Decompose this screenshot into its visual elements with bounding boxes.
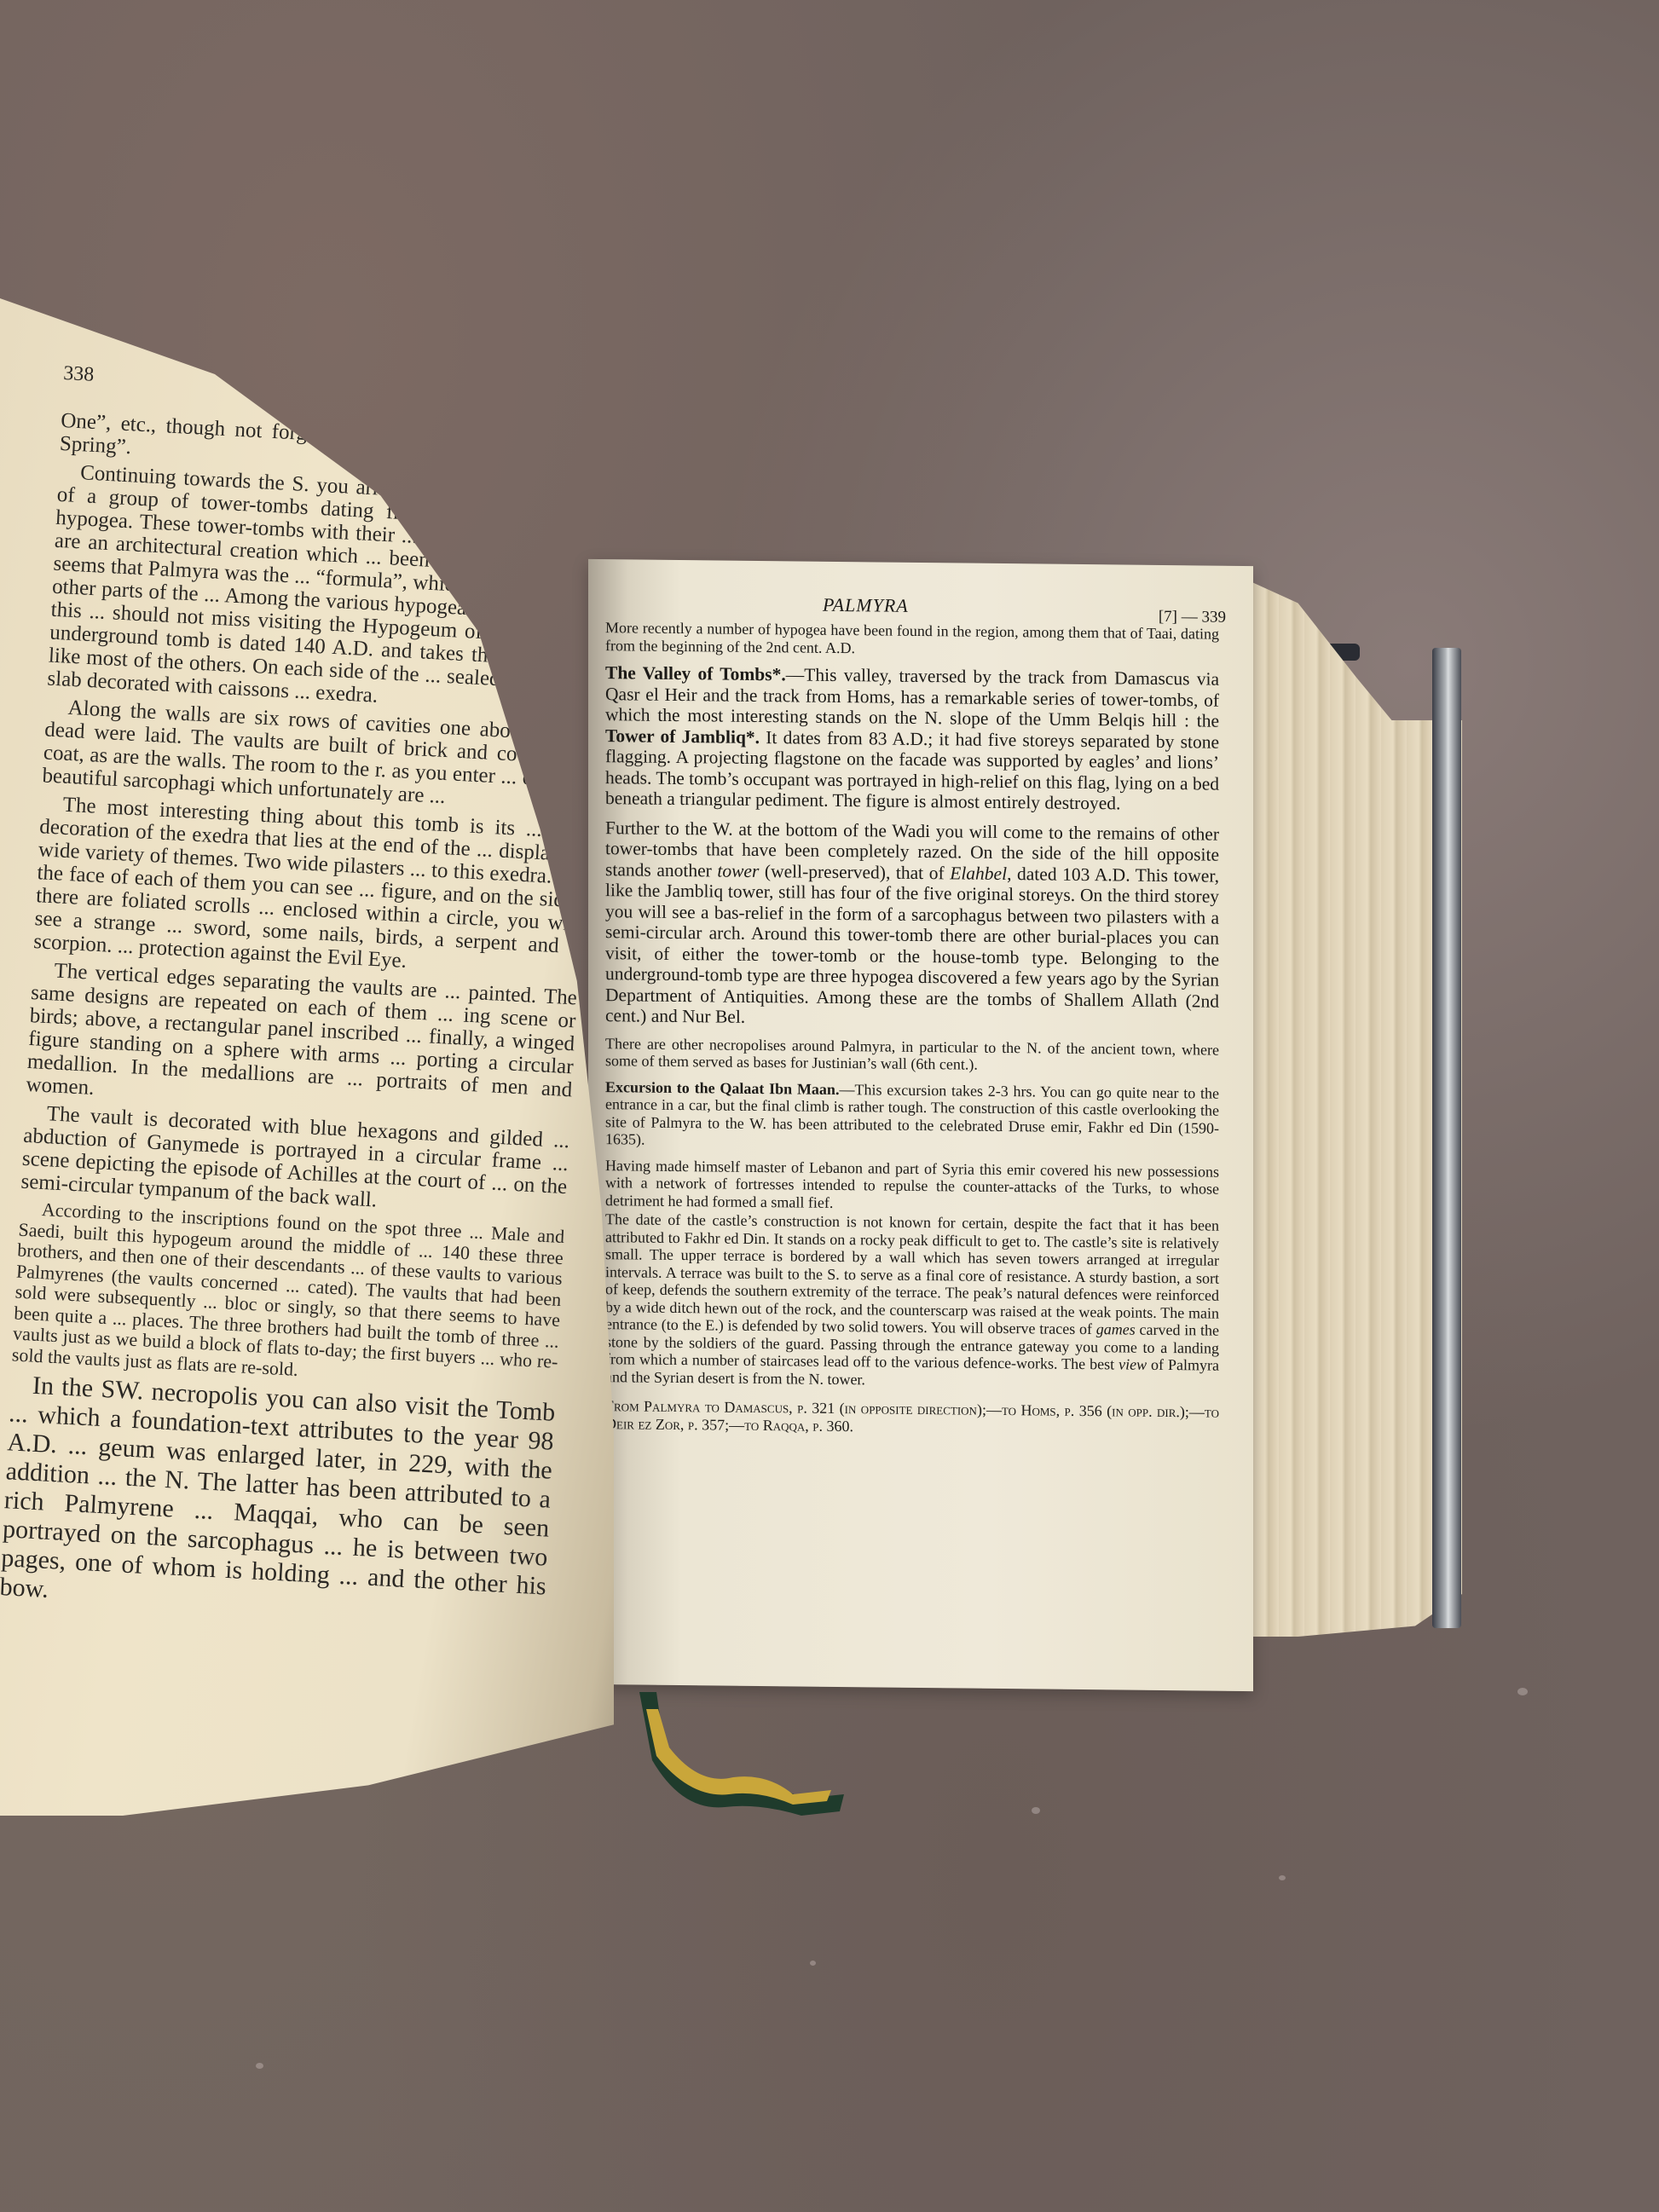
surface-speck (1517, 1688, 1528, 1695)
page-number: [7] — 339 (1159, 608, 1226, 627)
paragraph: The vertical edges separating the vaults… (26, 958, 578, 1124)
right-page: PALMYRA [7] — 339 More recently a number… (588, 559, 1253, 1691)
paragraph-excursion: Excursion to the Qalaat Ibn Maan.—This e… (605, 1078, 1219, 1155)
heading-excursion: Excursion to the Qalaat Ibn Maan. (605, 1078, 839, 1098)
heading-valley-of-tombs: The Valley of Tombs*. (605, 662, 786, 684)
surface-speck (1032, 1807, 1040, 1814)
book-cover-spine-edge (1432, 648, 1461, 1628)
paragraph: The most interesting thing about this to… (33, 792, 587, 981)
surface-speck (1279, 1875, 1286, 1880)
text: (well-preserved), that of (759, 861, 950, 883)
right-page-content: PALMYRA [7] — 339 More recently a number… (605, 576, 1219, 1448)
cross-references: From Palmyra to Damascus, p. 321 (in opp… (605, 1397, 1219, 1440)
text-italic: view (1119, 1355, 1147, 1372)
paragraph: In the SW. necropolis you can also visit… (0, 1370, 556, 1630)
text-italic: tower (717, 860, 759, 881)
surface-speck (810, 1961, 816, 1966)
paragraph-valley-of-tombs: The Valley of Tombs*.—This valley, trave… (605, 662, 1219, 815)
paragraph-further-west: Further to the W. at the bottom of the W… (605, 817, 1219, 1033)
book-page-edges (1228, 571, 1462, 1637)
right-page-header: PALMYRA [7] — 339 (605, 576, 1219, 626)
text-italic: Elahbel (950, 863, 1007, 884)
paragraph-other-necropolises: There are other necropolises around Palm… (605, 1035, 1219, 1077)
left-page: 338 SYRIA One”, etc., though not forgett… (0, 298, 614, 1816)
paragraph: Continuing towards the S. you arrive at … (47, 460, 604, 719)
surface-speck (256, 2063, 263, 2069)
page-number: 338 (63, 362, 610, 413)
paragraph-emir: Having made himself master of Lebanon an… (605, 1157, 1219, 1216)
ribbon-bookmark (631, 1692, 870, 1820)
text: The date of the castle’s construction is… (605, 1210, 1219, 1337)
text-italic: games (1096, 1320, 1136, 1337)
tower-of-jambliq: Tower of Jambliq*. (605, 725, 760, 748)
running-title: SYRIA (417, 430, 477, 474)
paragraph: According to the inscriptions found on t… (11, 1198, 564, 1394)
text: , dated 103 A.D. This tower, like the Ja… (605, 863, 1219, 1027)
running-title: PALMYRA (823, 594, 909, 617)
paragraph-castle: The date of the castle’s construction is… (605, 1210, 1219, 1392)
left-page-content: 338 SYRIA One”, etc., though not forgett… (0, 362, 609, 1635)
paragraph-hypogea-taai: More recently a number of hypogea have b… (605, 619, 1219, 661)
